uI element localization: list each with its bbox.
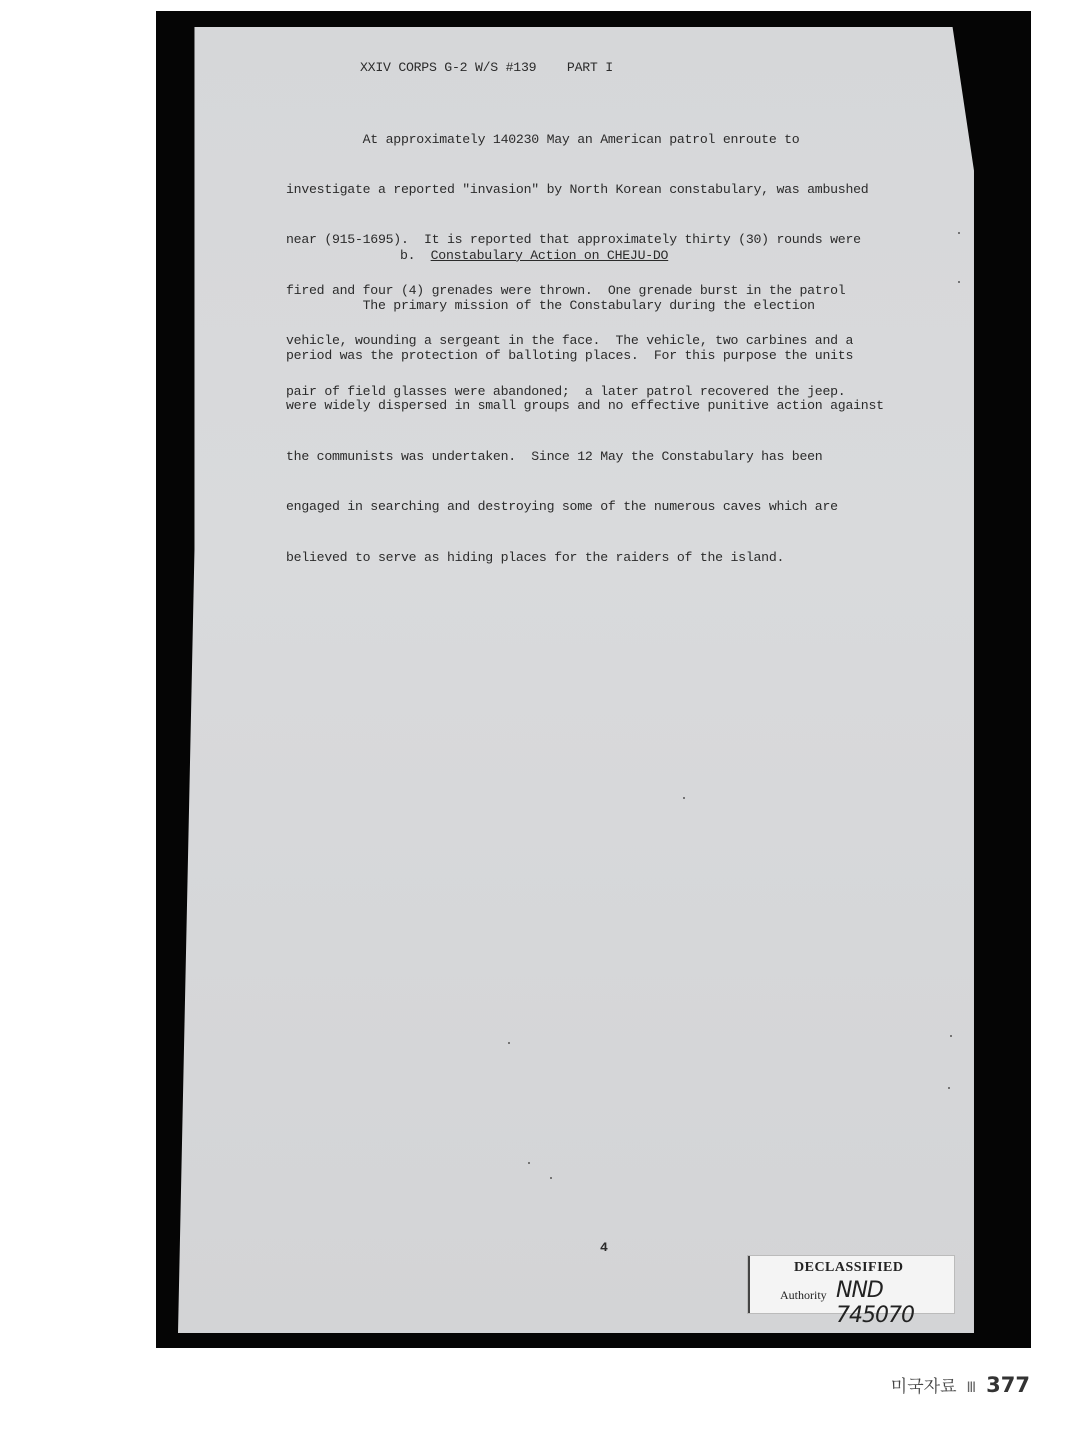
stamp-title: DECLASSIFIED (794, 1260, 903, 1276)
dust-speck (403, 1339, 405, 1341)
text-line: period was the protection of balloting p… (286, 348, 884, 365)
dust-speck (508, 1042, 510, 1044)
footer-section-label: 미국자료 (891, 1372, 957, 1397)
text-line: At approximately 140230 May an American … (286, 132, 868, 149)
dust-speck (528, 1162, 530, 1164)
text-line: were widely dispersed in small groups an… (286, 398, 884, 415)
text-line: investigate a reported "invasion" by Nor… (286, 182, 868, 199)
document-header: XXIV CORPS G-2 W/S #139 PART I (360, 60, 613, 77)
dust-speck (550, 1177, 552, 1179)
paper-crease (980, 48, 1005, 106)
book-footer: 미국자료 Ⅲ 377 (891, 1372, 1030, 1397)
scanned-document-frame: XXIV CORPS G-2 W/S #139 PART I At approx… (156, 11, 1031, 1348)
document-paper: XXIV CORPS G-2 W/S #139 PART I At approx… (178, 27, 1002, 1333)
stamp-authority-value: NND 745070 (836, 1278, 954, 1328)
text-line: the communists was undertaken. Since 12 … (286, 449, 884, 466)
dust-speck (683, 797, 685, 799)
dust-speck (958, 281, 960, 283)
paragraph-constabulary-action: The primary mission of the Constabulary … (286, 264, 884, 600)
text-line: engaged in searching and destroying some… (286, 499, 884, 516)
dust-speck (950, 1035, 952, 1037)
dust-speck (958, 232, 960, 234)
dust-speck (948, 1087, 950, 1089)
text-line: The primary mission of the Constabulary … (286, 298, 884, 315)
stamp-authority-label: Authority (780, 1288, 827, 1303)
footer-page-number: 377 (986, 1373, 1030, 1397)
section-title: Constabulary Action on CHEJU-DO (431, 248, 669, 263)
document-page-number: 4 (600, 1240, 608, 1257)
declassified-stamp: DECLASSIFIED Authority NND 745070 (748, 1256, 954, 1313)
text-line: believed to serve as hiding places for t… (286, 550, 884, 567)
section-marker: b. (400, 248, 415, 263)
footer-volume-numeral: Ⅲ (967, 1380, 977, 1396)
